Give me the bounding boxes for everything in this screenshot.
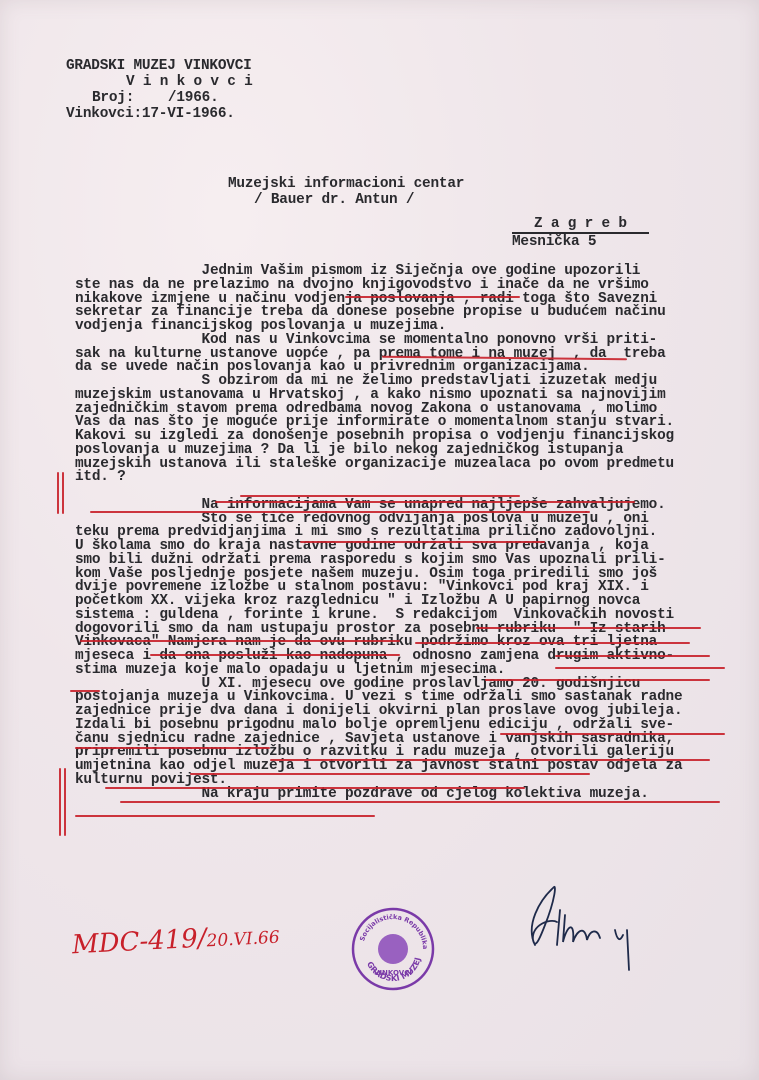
recipient-block: Muzejski informacioni centar/ Bauer dr. … — [228, 176, 464, 208]
red-pencil-underline — [105, 787, 525, 789]
body-line: dvije povremene izložbe u stalnom postav… — [75, 580, 682, 594]
reference-number: Broj: /1966. — [66, 90, 253, 106]
red-pencil-underline — [75, 815, 375, 817]
body-line: nikakove izmjene u načinu vodjenja poslo… — [75, 292, 682, 306]
body-line: kom Vaše posljednje posjete našem muzeju… — [75, 567, 682, 581]
body-line: vodjenja financijskog poslovanja u muzej… — [75, 319, 682, 333]
red-pencil-underline — [500, 733, 725, 735]
body-line: muzejskih ustanova ili staleške organiza… — [75, 457, 682, 471]
body-line: muzejskim ustanovama u Hrvatskoj , a kak… — [75, 388, 682, 402]
red-pencil-underline — [75, 747, 270, 749]
red-pencil-underline — [70, 690, 100, 692]
red-pencil-underline — [300, 541, 545, 543]
red-pencil-underline — [62, 472, 64, 514]
red-pencil-underline — [555, 667, 725, 669]
red-pencil-underline — [190, 773, 590, 775]
handwritten-reference: MDC-419/20.VI.66 — [71, 920, 280, 961]
red-pencil-underline — [270, 759, 710, 761]
institution-name: GRADSKI MUZEJ VINKOVCI — [66, 58, 253, 74]
body-line: Vas da nas što je moguće prije informira… — [75, 415, 682, 429]
letterhead: GRADSKI MUZEJ VINKOVCIV i n k o v c iBro… — [66, 58, 253, 122]
body-line: sistema : guldena , forinte i krune. S r… — [75, 608, 682, 622]
recipient-city: Z a g r e b — [512, 216, 649, 234]
body-line: Kod nas u Vinkovcima se momentalno ponov… — [75, 333, 682, 347]
body-line: početkom XX. vijeka kroz razglednicu " i… — [75, 594, 682, 608]
letter-body: Jednim Vašim pismom iz Siječnja ove godi… — [75, 264, 682, 800]
red-pencil-underline — [555, 655, 710, 657]
recipient-address: Z a g r e bMesnička 5 — [512, 216, 649, 250]
body-line: itd. ? — [75, 470, 682, 484]
body-line: Kakovi su izgledi za donošenje posebnih … — [75, 429, 682, 443]
red-pencil-underline — [120, 801, 720, 803]
letter-date: Vinkovci:17-VI-1966. — [66, 106, 253, 122]
body-line: zajednice prije dva dana i donijeli okvi… — [75, 704, 682, 718]
recipient-person: / Bauer dr. Antun / — [228, 192, 464, 208]
red-pencil-underline — [215, 501, 635, 503]
body-line: Izdali bi posebnu prigodnu malo bolje op… — [75, 718, 682, 732]
red-pencil-underline — [80, 640, 400, 642]
signature — [505, 870, 655, 980]
body-line: zajedničkim stavom prema odredbama novog… — [75, 402, 682, 416]
body-line: stima muzeja koje malo opadaju u ljetnim… — [75, 663, 682, 677]
letter-page: GRADSKI MUZEJ VINKOVCIV i n k o v c iBro… — [0, 0, 759, 1080]
body-line: teku prema predvidjanjima i mi smo s rez… — [75, 525, 682, 539]
red-pencil-underline — [59, 768, 61, 836]
body-line: S obzirom da mi ne želimo predstavljati … — [75, 374, 682, 388]
body-line: da se uvede način poslovanja kao u privr… — [75, 360, 682, 374]
svg-text:VINKOVCI: VINKOVCI — [374, 969, 412, 977]
red-pencil-underline — [64, 768, 66, 836]
red-pencil-underline — [476, 627, 701, 629]
red-pencil-underline — [485, 679, 710, 681]
body-line: Sto se tiče redovnog odvijanja poslova u… — [75, 512, 682, 526]
body-line: Na informacijama Vam se unapred najljepš… — [75, 498, 682, 512]
body-line: smo bili dužni održati prema rasporedu s… — [75, 553, 682, 567]
recipient-name: Muzejski informacioni centar — [228, 176, 464, 192]
body-line: umjetnina kao odjel muzeja i otvorili za… — [75, 759, 682, 773]
body-line: poslovanja u muzejima ? Da li je bilo ne… — [75, 443, 682, 457]
red-pencil-underline — [415, 642, 690, 644]
red-pencil-underline — [90, 511, 590, 513]
museum-stamp: Socijalistička Republika Hrvatska GRADSK… — [351, 907, 435, 991]
red-pencil-underline — [57, 472, 59, 514]
body-line: postojanja muzeja u Vinkovcima. U vezi s… — [75, 690, 682, 704]
letterhead-city: V i n k o v c i — [66, 74, 253, 90]
body-line: ste nas da ne prelazimo na dvojno knjigo… — [75, 278, 682, 292]
red-pencil-underline — [150, 654, 400, 656]
recipient-street: Mesnička 5 — [512, 234, 649, 250]
body-line: Jednim Vašim pismom iz Siječnja ove godi… — [75, 264, 682, 278]
red-pencil-underline — [345, 296, 520, 298]
body-line: sekretar za financije treba da donese po… — [75, 305, 682, 319]
red-pencil-underline — [240, 495, 520, 497]
